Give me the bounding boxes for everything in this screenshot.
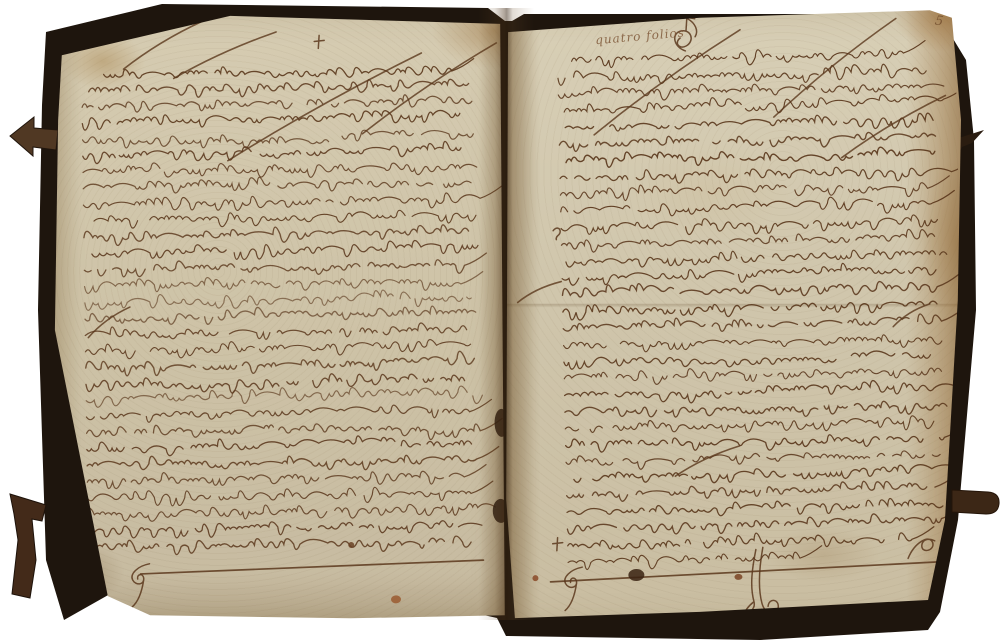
- manuscript-page-right: quatro folios 5: [503, 4, 961, 630]
- manuscript-photo: quatro folios 5: [0, 0, 1000, 642]
- handwriting-left: [44, 3, 513, 625]
- manuscript-page-left: [48, 6, 508, 622]
- clasp-strap-right-lower: [952, 490, 999, 514]
- clasp-strap-left-lower: [10, 494, 46, 598]
- handwriting-right: [496, 0, 967, 635]
